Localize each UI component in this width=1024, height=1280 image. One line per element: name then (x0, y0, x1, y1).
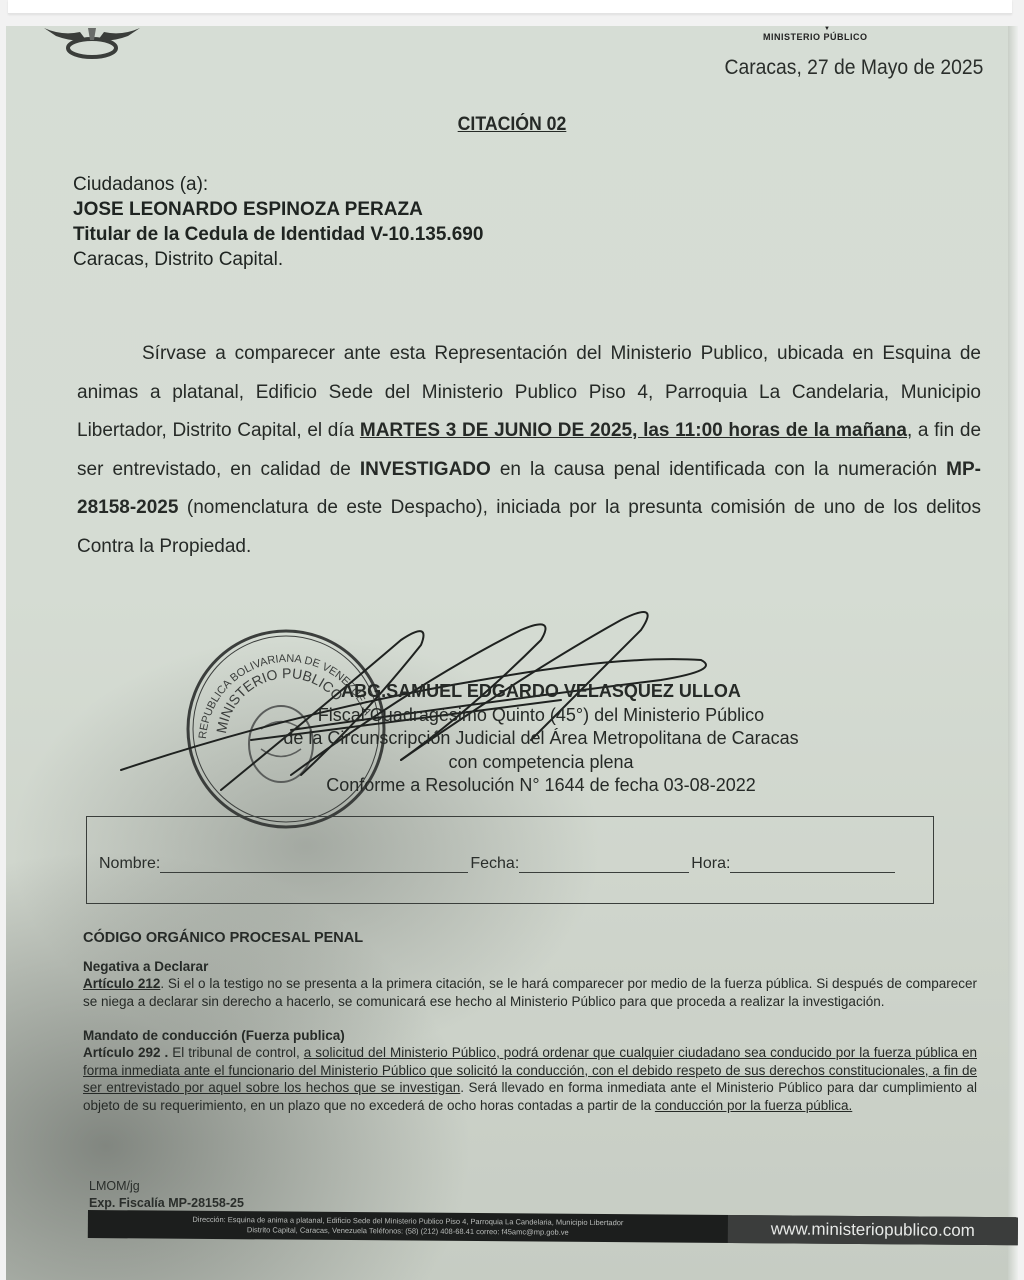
time-label: Hora: (691, 855, 730, 873)
document-date: Caracas, 27 de Mayo de 2025 (724, 56, 983, 80)
date-label: Fecha: (470, 855, 519, 873)
citation-body: Sírvase a comparecer ante esta Represent… (77, 335, 981, 566)
document-references: LMOM/jg Exp. Fiscalía MP-28158-25 (89, 1178, 244, 1212)
acknowledgement-fields: Nombre: Fecha: Hora: (99, 855, 897, 873)
article-body: . Si el o la testigo no se presenta a la… (83, 976, 977, 1009)
signer-competence: con competencia plena (226, 751, 856, 775)
recipient-block: Ciudadanos (a): JOSE LEONARDO ESPINOZA P… (73, 172, 483, 272)
signer-jurisdiction: de la Circunscripción Judicial del Área … (226, 727, 856, 751)
legal-notice: CÓDIGO ORGÁNICO PROCESAL PENAL Negativa … (83, 930, 977, 1131)
signer-name: ABG.SAMUEL EDGARDO VELASQUEZ ULLOA (226, 680, 856, 704)
signer-block: ABG.SAMUEL EDGARDO VELASQUEZ ULLOA Fisca… (226, 680, 856, 798)
document-title: CITACIÓN 02 (41, 114, 982, 136)
name-field[interactable] (160, 857, 468, 873)
body-text-4: (nomenclatura de este Despacho), iniciad… (77, 497, 981, 557)
article-label: Artículo 292 . (83, 1045, 168, 1060)
footer-bar: Dirección: Esquina de anima a platanal, … (88, 1210, 1018, 1245)
date-field[interactable] (519, 857, 689, 873)
body-text-3: en la causa penal identificada con la nu… (491, 459, 946, 480)
recipient-name: JOSE LEONARDO ESPINOZA PERAZA (73, 197, 483, 222)
article-212-text: Artículo 212. Si el o la testigo no se p… (83, 975, 977, 1010)
section-heading: Mandato de conducción (Fuerza publica) (83, 1027, 977, 1044)
name-label: Nombre: (99, 855, 160, 873)
ministry-header: MINISTERIO PÚBLICO (763, 32, 868, 42)
salutation: Ciudadanos (a): (73, 172, 483, 197)
time-field[interactable] (730, 857, 895, 873)
section-heading: Negativa a Declarar (83, 958, 977, 975)
recipient-location: Caracas, Distrito Capital. (73, 247, 483, 272)
footer-address: Dirección: Esquina de anima a platanal, … (88, 1214, 728, 1239)
previous-image-edge (8, 0, 1012, 14)
signer-role: Fiscal Cuadragésimo Quinto (45°) del Min… (226, 704, 856, 728)
signer-resolution: Conforme a Resolución N° 1644 de fecha 0… (226, 774, 856, 798)
citation-document: ▼ MINISTERIO PÚBLICO Caracas, 27 de Mayo… (6, 26, 1018, 1280)
initials: LMOM/jg (89, 1178, 244, 1195)
coat-of-arms-icon (42, 26, 142, 60)
recipient-id: Titular de la Cedula de Identidad V-10.1… (73, 222, 483, 247)
article-292-section: Mandato de conducción (Fuerza publica) A… (83, 1027, 977, 1114)
legal-status: INVESTIGADO (360, 459, 491, 480)
article-212-section: Negativa a Declarar Artículo 212. Si el … (83, 958, 977, 1010)
article-label: Artículo 212 (83, 976, 160, 991)
code-title: CÓDIGO ORGÁNICO PROCESAL PENAL (83, 930, 977, 946)
acknowledgement-box: Nombre: Fecha: Hora: (86, 816, 934, 904)
article-292-text: Artículo 292 . El tribunal de control, a… (83, 1044, 977, 1114)
footer-website: www.ministeriopublico.com (728, 1215, 1018, 1245)
article-body: El tribunal de control, (168, 1045, 304, 1060)
appointment-date: MARTES 3 DE JUNIO DE 2025, las 11:00 hor… (360, 420, 907, 441)
article-body-underlined: conducción por la fuerza pública. (655, 1098, 852, 1113)
paper-edge (1008, 26, 1018, 1280)
